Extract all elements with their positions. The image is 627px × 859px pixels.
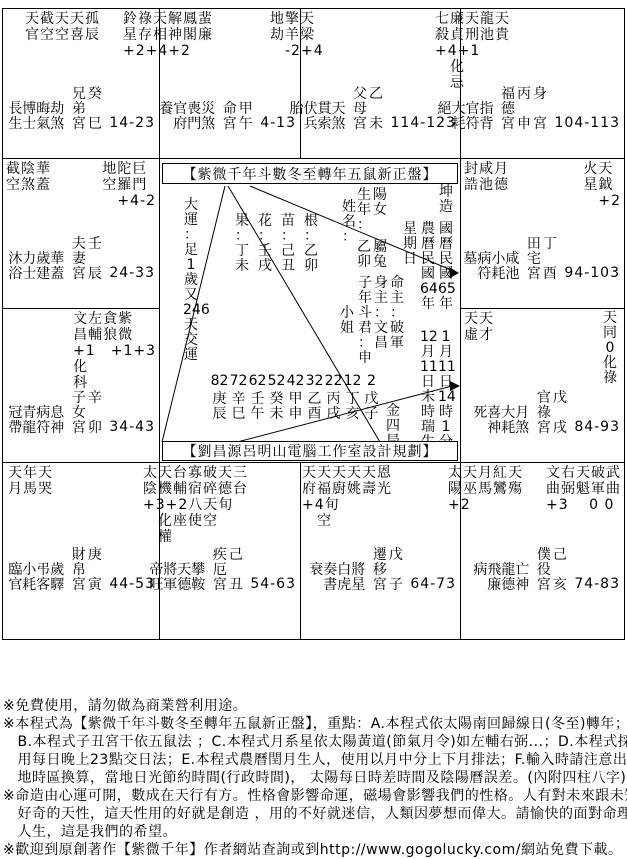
kunzao-label: 坤造 [438,185,454,215]
birth-year-value: 乙卯 [356,240,372,270]
major-stars: 文右天破武曲弼魁軍曲+3 0 0 [546,465,621,513]
palace-footer: 長博晦劫生士氣煞 兄弟宮癸巳 14-23 [8,87,155,132]
minor-stars: 病飛龍亡 廉德神 [473,563,529,593]
minor-star-group: 太天月紅天陽巫馬鸞殤+2 [448,465,523,513]
minor-stars: 衰奏白將 書虎星 [309,563,365,593]
age-range: 44-53 [109,576,155,593]
minor-stars: 臨小弔歲官耗客驛 [8,563,64,593]
life-master-column: 命主：破軍 [389,276,405,351]
minor-stars: 養官喪災 府門煞 [159,102,215,132]
major-stars: 文左貪紫昌輔狼微+1 +1+3化科 [73,311,156,391]
major-stars: 地陀巨空羅門 +4-2 [102,161,156,209]
dou-jun-column: 子年斗君：申 [357,276,373,366]
birth-year-label: 生年： [356,188,372,233]
age-range: 94-103 [564,265,620,282]
minor-stars: 沐力歲華浴士建蓋 [8,252,64,282]
name-honorific: 小姐 [339,306,355,336]
minor-stars: 絕大官指 耗符背 [438,102,494,132]
zodiac-column: 屬兔 [372,240,388,270]
major-stars: 七廉天龍天殺貞刑池貴+4+1 化 忌 [435,11,510,91]
palace-footer: 胎伏貫天 兵索煞 父母宮乙未 114-123 [290,87,457,132]
age-range: 84-93 [574,419,620,436]
palace-footer: 死喜大月 神耗煞 官祿宮戊戌 84-93 [473,391,620,436]
notes-lines: ※免費使用，請勿做為商業營利用途。※本程式為【紫微千年斗數冬至轉年五鼠新正盤】，… [3,697,624,841]
palace-footer: 養官喪災 府門煞 命宮甲午 4-13 [159,102,296,132]
major-stars: 地擎天劫羊梁 -2+4 [270,11,324,59]
palace-label: 官祿宮戊戌 [535,391,567,436]
palace-footer: 病飛龍亡 廉德神 僕役宮己亥 74-83 [473,548,620,593]
minor-stars: 墓病小咸 符耗池 [463,252,519,282]
ziwei-chart-grid: 天截天天孤官空空喜辰 長博晦劫生士氣煞 兄弟宮癸巳 14-23 鈴祿天解鳳蜚星存… [0,0,627,645]
ziwei-chart-page: { "chart": { "title": "【紫微千年斗數冬至轉年五鼠新正盤】… [0,0,627,859]
minor-stars: 長博晦劫生士氣煞 [8,102,64,132]
program-notes: ※免費使用，請勿做為商業營利用途。※本程式為【紫微千年斗數冬至轉年五鼠新正盤】，… [3,697,624,859]
minor-stars: 胎伏貫天 兵索煞 [290,102,346,132]
palace-label: 兄弟宮癸巳 [70,87,102,132]
minor-star-group: 封咸月誥池德 [464,161,509,193]
major-stars: 太天台寡破天三陰機輔宿碎德台+3+2八天旬 化座使空 權 [143,465,248,545]
website-line: ※歡迎到原創著作【紫微千年】作者網站查詢或到http://www.gogoluc… [3,841,624,859]
palace-label: 命宮甲午 [221,102,253,132]
age-range: 34-43 [109,419,155,436]
decade-luck-column: 大運：足1歲又246天交運 [183,198,199,363]
decade-table: 82庚辰72辛巳62壬午52癸未42甲申32乙酉22丙戌12丁亥2戊子 [210,372,381,422]
lunar-date-column: 12月11日未時瑞生 [420,330,436,450]
palace-label: 疾厄宮己丑 [211,548,243,593]
name-label: 姓名： [341,200,357,245]
palace-footer: 冠青病息帶龍符神 子女宮辛卯 34-43 [8,391,155,436]
palace-footer: 沐力歲華浴士建蓋 夫妻宮壬辰 24-33 [8,237,155,282]
minor-stars: 帝將天攀旺軍德鞍 [149,563,205,593]
weekday-column: 星期日 [402,222,418,267]
major-stars: 火天星鉞 +2 [583,161,621,209]
age-range: 74-83 [574,576,620,593]
palace-label: 田宅宮丁酉 [525,237,557,282]
minor-stars: 冠青病息帶龍符神 [8,406,64,436]
palace-footer: 絕大官指 耗符背 福德宮丙申身宮 104-113 [438,87,621,132]
minor-star-group: 截陰華空煞蓋 [6,161,51,193]
palace-label: 僕役宮己亥 [535,548,567,593]
palace-label: 財帛宮庚寅 [70,548,102,593]
palace-footer: 臨小弔歲官耗客驛 財帛宮庚寅 44-53 [8,548,155,593]
solar-date-column: 1月11日14時1分 [438,330,454,450]
palace-label: 遷移宮戊子 [371,548,403,593]
website-line-suffix: 網站免費下載。 [521,842,623,858]
age-range: 64-73 [410,576,456,593]
age-range: 104-113 [555,115,621,132]
age-range: 54-63 [250,576,296,593]
palace-footer: 墓病小咸 符耗池 田宅宮丁酉 94-103 [463,237,620,282]
minor-star-group: 天天虛才 [464,311,494,343]
palace-label: 福德宮丙申身宮 [500,87,548,132]
major-stars-vertical: 天同0化祿 [602,311,618,386]
minor-stars: 死喜大月 神耗煞 [473,406,529,436]
palace-label: 子女宮辛卯 [70,391,102,436]
major-stars: 天年天月馬哭 [8,465,53,497]
palace-footer: 帝將天攀旺軍德鞍 疾厄宮己丑 54-63 [149,548,296,593]
age-range: 14-23 [109,115,155,132]
four-pillars-columns: 果：丁未花：壬戌苗：己丑根：乙卯 [234,214,326,274]
major-stars: 天截天天孤官空空喜辰 [25,11,100,43]
age-range: 24-33 [109,265,155,282]
studio-credit: 【劉昌源呂明山電腦工作室設計規劃】 [162,441,458,461]
gender-column: 陽女 [372,188,388,218]
major-stars: 鈴祿天解鳳蜚星存相神閣廉+2+4+2 [123,11,213,59]
palace-footer: 衰奏白將 書虎星 遷移宮戊子 64-73 [309,548,456,593]
lunar-calendar-column: 農曆民國64年 [420,222,436,312]
website-line-prefix: ※歡迎到原創著作【紫微千年】作者網站查詢或到 [3,842,320,858]
major-stars: 天天天天天恩府福廚姚壽光+4旬 空 [302,465,392,529]
chart-title: 【紫微千年斗數冬至轉年五鼠新正盤】 [162,163,458,184]
palace-label: 夫妻宮壬辰 [70,237,102,282]
palace-label: 父母宮乙未 [352,87,384,132]
solar-calendar-column: 國曆民國65年 [438,222,454,312]
website-url[interactable]: http://www.gogolucky.com/ [320,842,521,858]
body-master-column: 身主：文昌 [373,276,389,351]
